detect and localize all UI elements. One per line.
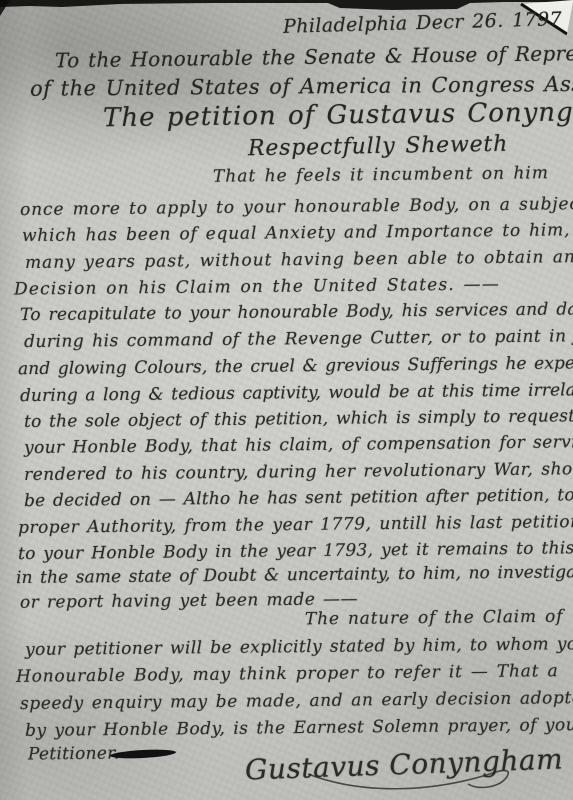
manuscript-line: Decision on his Claim on the United Stat…	[14, 274, 500, 299]
manuscript-line: proper Authority, from the year 1779, un…	[18, 512, 573, 538]
manuscript-line: during a long & tedious captivity, would…	[20, 380, 573, 406]
manuscript-line: to your Honble Body in the year 1793, ye…	[18, 538, 573, 564]
manuscript-line: in the same state of Doubt & uncertainty…	[16, 562, 573, 588]
address-line-2: of the United States of America in Congr…	[30, 71, 573, 101]
manuscript-line: by your Honble Body, is the Earnest Sole…	[25, 715, 573, 741]
manuscript-line: which has been of equal Anxiety and Impo…	[22, 220, 573, 246]
manuscript-line: The nature of the Claim of	[305, 607, 563, 630]
manuscript-line: many years past, without having been abl…	[25, 247, 573, 273]
manuscript-line: speedy enquiry may be made, and an early…	[20, 688, 573, 714]
manuscript-line: during his command of the Revenge Cutter…	[24, 326, 573, 352]
signature-flourish	[300, 760, 550, 800]
petition-title: The petition of Gustavus Conyngham	[103, 97, 573, 133]
manuscript-line: Honourable Body, may think proper to ref…	[16, 661, 559, 687]
petition-document: Philadelphia Decr 26. 1797 To the Honour…	[0, 0, 573, 800]
manuscript-line: your petitioner will be explicitly state…	[25, 634, 573, 660]
manuscript-line: and glowing Colours, the cruel & greviou…	[18, 353, 573, 380]
manuscript-line: be decided on — Altho he has sent petiti…	[24, 485, 573, 511]
manuscript-line: rendered to his country, during her revo…	[24, 459, 573, 485]
emphasis-dash	[110, 748, 176, 759]
manuscript-line: To recapitulate to your honourable Body,…	[20, 299, 573, 325]
petition-subtitle: Respectfully Sheweth	[248, 132, 508, 162]
manuscript-line: your Honble Body, that his claim, of com…	[24, 432, 573, 458]
manuscript-line: to the sole object of this petition, whi…	[24, 406, 573, 432]
manuscript-line: That he feels it incumbent on him	[213, 163, 549, 187]
manuscript-line: Petitioner.	[28, 744, 120, 765]
address-line-1: To the Honourable the Senate & House of …	[55, 40, 573, 73]
manuscript-line: once more to apply to your honourable Bo…	[20, 194, 573, 220]
